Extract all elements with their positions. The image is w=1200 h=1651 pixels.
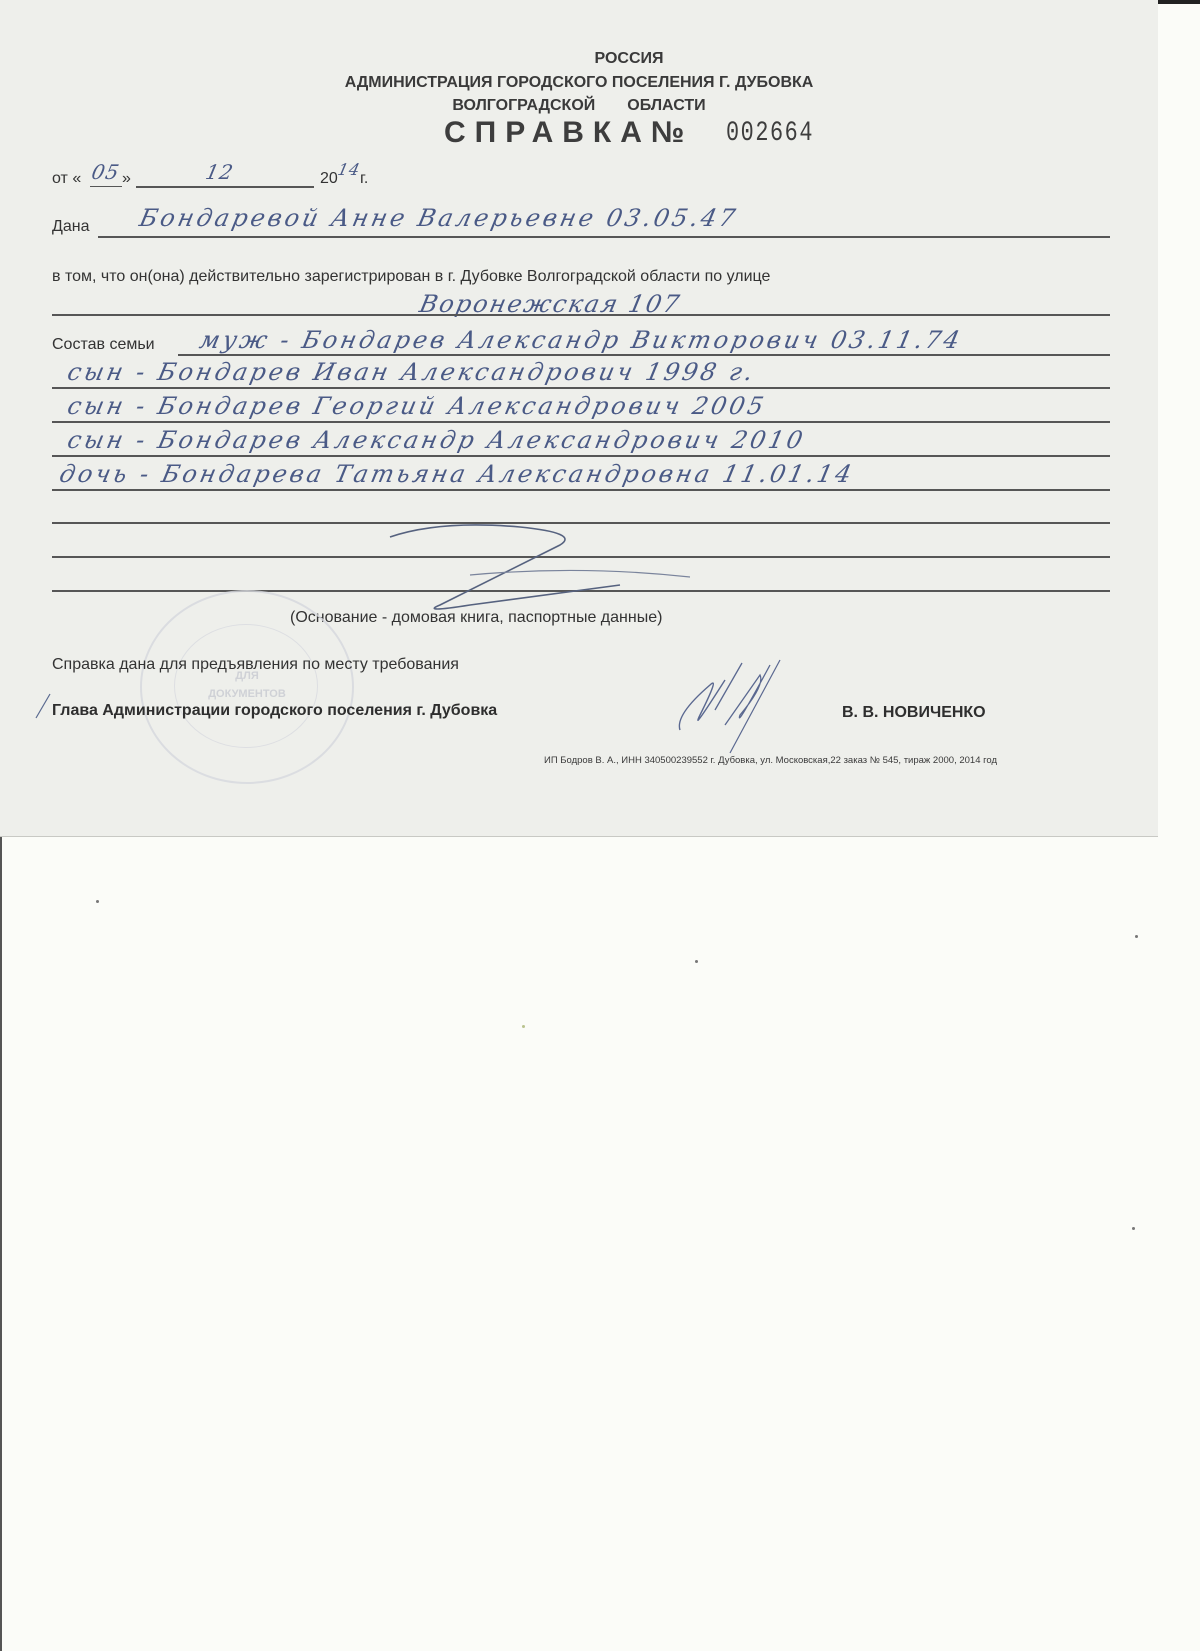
date-prefix: от «: [52, 170, 81, 188]
stamp-text: ДОКУМЕНТОВ: [142, 688, 352, 700]
scan-speck: [695, 960, 698, 963]
stamp-inner-ring: [174, 624, 318, 748]
family-member: дочь - Бондарева Татьяна Александровна 1…: [57, 460, 857, 488]
official-stamp: ДЛЯ ДОКУМЕНТОВ: [140, 590, 354, 784]
scan-speck: [1132, 1227, 1135, 1230]
family-member: муж - Бондарев Александр Викторович 03.1…: [197, 326, 965, 354]
street-line: [52, 314, 1110, 316]
scan-edge-mark: [1158, 0, 1200, 4]
date-day: 05: [89, 160, 122, 184]
scan-speck: [522, 1025, 525, 1028]
signatory-name: В. В. НОВИЧЕНКО: [842, 704, 986, 722]
purpose-text: Справка дана для предъявления по месту т…: [52, 656, 459, 674]
family-label: Состав семьи: [52, 336, 155, 354]
serial-number: 002664: [726, 118, 814, 149]
header-region-word2: ОБЛАСТИ: [627, 97, 705, 114]
document-title-text: СПРАВКА: [444, 116, 651, 149]
header-region-word1: ВОЛГОГРАДСКОЙ: [452, 97, 595, 114]
pen-mark: [34, 690, 54, 720]
number-sign: №: [651, 116, 684, 149]
header-region: ВОЛГОГРАДСКОЙОБЛАСТИ: [0, 97, 1158, 115]
family-line: [52, 489, 1110, 491]
issued-to-line: [98, 236, 1110, 238]
scan-speck: [1135, 935, 1138, 938]
family-member: сын - Бондарев Иван Александрович 1998 г…: [65, 358, 758, 386]
family-line: [178, 354, 1110, 356]
header-administration: АДМИНИСТРАЦИЯ ГОРОДСКОГО ПОСЕЛЕНИЯ Г. ДУ…: [0, 74, 1158, 92]
cancellation-stroke: [380, 515, 700, 610]
date-year-suffix: 14: [336, 160, 362, 179]
signature: [670, 655, 810, 755]
family-line: [52, 455, 1110, 457]
date-year-end: г.: [360, 170, 368, 188]
date-mid: »: [122, 170, 131, 188]
signatory-position: Глава Администрации городского поселения…: [52, 702, 497, 720]
date-month: 12: [203, 160, 236, 184]
header-country: РОССИЯ: [50, 50, 1200, 68]
family-member: сын - Бондарев Александр Александрович 2…: [65, 426, 808, 454]
family-line: [52, 421, 1110, 423]
basis-note: (Основание - домовая книга, паспортные д…: [290, 609, 662, 627]
issued-to-value: Бондаревой Анне Валерьевне 03.05.47: [137, 204, 741, 232]
registration-statement: в том, что он(она) действительно зарегис…: [52, 268, 770, 286]
printer-info: ИП Бодров В. А., ИНН 340500239552 г. Дуб…: [544, 755, 997, 766]
date-year-prefix: 20: [320, 170, 338, 188]
certificate-form: РОССИЯ АДМИНИСТРАЦИЯ ГОРОДСКОГО ПОСЕЛЕНИ…: [0, 0, 1158, 837]
date-month-line: [136, 186, 314, 188]
issued-to-label: Дана: [52, 218, 89, 236]
date-day-line: [90, 186, 122, 187]
scan-speck: [96, 900, 99, 903]
family-member: сын - Бондарев Георгий Александрович 200…: [65, 392, 769, 420]
family-line: [52, 387, 1110, 389]
document-title: СПРАВКА№: [444, 116, 684, 150]
